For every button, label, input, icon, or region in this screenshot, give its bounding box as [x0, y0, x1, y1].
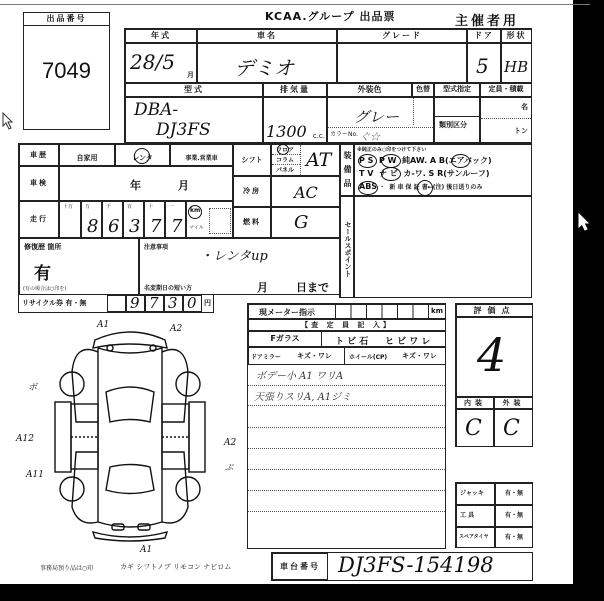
year-value: 28/5 — [130, 50, 175, 74]
grade-cell — [337, 43, 467, 83]
exterior-label: 外装 — [494, 397, 533, 409]
color-no-label: カラーNo. — [330, 129, 358, 138]
mileage-digit-100k: 十万 — [59, 201, 81, 238]
history-option-private: 自家用 — [59, 144, 115, 166]
spare-tire-label: スペアタイヤ — [456, 527, 495, 548]
fuel-label: 燃料 — [233, 207, 271, 238]
notes-label: 注意事項 — [144, 242, 168, 251]
mileage-digit-1k: 千6 — [102, 201, 123, 238]
navi-circle-mark — [381, 167, 401, 181]
model-label: 型式 — [125, 83, 263, 97]
score-box: 評価点 4 内装 外装 C C — [455, 303, 533, 447]
wheel-opts: キズ・ワレ — [402, 351, 437, 361]
fuel-cell: G — [271, 207, 340, 238]
pw-circle-mark — [381, 154, 401, 168]
ac-value: AC — [294, 183, 318, 202]
deadline-day-unit: 日まで — [296, 279, 329, 295]
mileage-label: 走行 — [19, 201, 59, 238]
history-option-rental: レンタ — [115, 144, 170, 166]
doors-cell: 5 — [467, 43, 501, 83]
mouse-cursor-icon — [2, 112, 14, 130]
name-value: デミオ — [234, 52, 294, 81]
color-label: 外装色 — [327, 83, 412, 97]
inspector-box: 現メーター指示 km 【査 定 員 記 入】 Fガラス ト ビ 石 ヒ ビ ワ … — [247, 303, 446, 549]
displacement-label: 排気量 — [263, 83, 327, 97]
equipment-cell: ※純正のみ○印をつけて下さい P S P W 純AW. A B(エアバック) T… — [354, 144, 532, 196]
wheel-label: ホイール(CP) — [349, 352, 387, 361]
deadline-month-unit: 月 — [257, 279, 268, 295]
top-edge-line — [0, 4, 590, 5]
mark-left-mid: A12 — [16, 434, 34, 444]
type-designation-label: 型式指定 — [434, 83, 480, 97]
jack-value: 有・無 — [495, 483, 533, 505]
capacity-cell: 名 トン — [480, 97, 532, 143]
repair-note: (有の場合は○印を) — [23, 285, 66, 292]
tools-label: 工 具 — [456, 505, 495, 527]
month-unit: 月 — [187, 70, 194, 80]
car-damage-diagram — [50, 322, 210, 542]
selected-circle-mark — [134, 148, 150, 164]
abs-circle-mark — [358, 181, 378, 195]
mark-right-low: ぷ — [225, 462, 233, 473]
ac-cell: AC — [271, 176, 340, 207]
windshield-crack: ヒ ビ ワ レ — [385, 334, 430, 347]
interior-value: C — [465, 416, 482, 441]
repair-value: 有 — [34, 259, 51, 284]
displacement-unit: c.c. — [313, 132, 325, 140]
capacity-persons-unit: 名 — [521, 102, 528, 112]
color-no-value: ぐ☆ — [360, 128, 380, 143]
mark-rear: A1 — [140, 545, 152, 555]
doors-value: 5 — [476, 54, 489, 78]
lot-number-value: 7049 — [24, 58, 109, 84]
vehicle-info-table: 年式 車名 グレード ドア 形状 28/5 月 デミオ 5 HB 型式 排気量 … — [124, 28, 532, 143]
mirror-opts: キズ・ワレ — [297, 351, 332, 361]
mark-front-right: A2 — [170, 324, 182, 334]
shape-value: HB — [504, 58, 528, 76]
km-circle-mark — [188, 205, 202, 219]
score-label: 評価点 — [456, 304, 533, 317]
history-label: 車歴 — [19, 144, 59, 166]
inspector-line-2: 天張りスリA, A1ジミ — [254, 388, 351, 403]
repair-notes-table: 修復歴 箇所 有 (有の場合は○印を) 注意事項 ・レンタup 名変期日の短い方… — [18, 237, 340, 295]
jack-label: ジャッキ — [456, 483, 495, 505]
ab-circle-mark — [451, 154, 470, 168]
shift-ac-fuel-table: シフト フロア コラム パネル AT 冷房 AC 燃料 G — [232, 143, 340, 238]
interior-cell: C — [456, 409, 494, 447]
mileage-digit-1: 一7 — [165, 201, 186, 238]
mark-right-mid: A2 — [224, 438, 236, 448]
recycle-row: リサイクル券 有・無 9 7 3 0 円 — [18, 294, 214, 313]
deposit-label: 事務局預り品は○印 — [40, 563, 93, 572]
chassis-value: DJ3FS-154198 — [338, 553, 494, 577]
accessories-table: ジャッキ 有・無 工 具 有・無 スペアタイヤ 有・無 — [455, 482, 533, 548]
equipment-row-1: P S P W 純AW. A B(エアバック) — [359, 155, 492, 166]
color-cell: グレー カラーNo. ぐ☆ — [327, 97, 434, 143]
warranty-circle-mark — [417, 180, 433, 196]
meter-unit: km — [431, 307, 443, 315]
windshield-row: Fガラス ト ビ 石 ヒ ビ ワ レ — [248, 331, 446, 347]
doors-label: ドア — [467, 29, 501, 43]
inspection-month-unit: 月 — [178, 177, 189, 193]
deposit-items: カギ シフトノブ リモコン ナビロム — [120, 562, 231, 572]
windshield-chip: ト ビ 石 — [335, 334, 368, 347]
repair-label: 修復歴 箇所 — [24, 242, 61, 252]
notes-cell: 注意事項 ・レンタup 名変期日の短い方 月 日まで — [139, 238, 340, 295]
mark-left-low: A11 — [26, 470, 44, 480]
shift-cell: フロア コラム パネル AT — [271, 144, 340, 176]
organizer-label: 主催者用 — [455, 10, 519, 29]
mouse-cursor-icon — [578, 213, 590, 231]
category-label: 類別区分 — [439, 120, 467, 130]
lot-number-label: 出品番号 — [24, 13, 109, 26]
mark-front: A1 — [97, 320, 109, 330]
sales-point-label: セールスポイント — [340, 196, 354, 298]
mileage-digit-10k: 万8 — [81, 201, 102, 238]
color-value: グレー — [354, 106, 399, 127]
interior-label: 内装 — [456, 397, 494, 409]
fuel-value: G — [294, 212, 308, 233]
sales-point-cell — [354, 196, 532, 298]
auction-sheet-page: KCAA.グループ 出品票 主催者用 出品番号 7049 年式 車名 グレード … — [0, 0, 573, 584]
exterior-value: C — [503, 416, 520, 441]
spare-tire-value: 有・無 — [495, 527, 533, 548]
year-label: 年式 — [125, 29, 197, 43]
windshield-label: Fガラス — [249, 332, 322, 346]
model-value-line2: DJ3FS — [156, 120, 211, 140]
equipment-sales-box: 装備品 ※純正のみ○印をつけて下さい P S P W 純AW. A B(エアバッ… — [339, 143, 532, 298]
displacement-cell: 1300 c.c. — [263, 97, 327, 143]
inspector-line-1: ボデー小 A1 ワリA — [256, 367, 343, 382]
mileage-digit-10: 十7 — [144, 201, 165, 238]
chassis-label: 車台番号 — [272, 553, 328, 580]
model-value-line1: DBA- — [134, 100, 178, 120]
mirror-wheel-row: ドアミラー キズ・ワレ ホイール(CP) キズ・ワレ — [248, 347, 446, 365]
shape-cell: HB — [501, 43, 532, 83]
lot-number-box: 出品番号 7049 — [23, 12, 110, 130]
grade-label: グレード — [337, 29, 467, 43]
name-label: 車名 — [197, 29, 337, 43]
capacity-label: 定員・積載 — [480, 83, 532, 97]
inspector-notes-lines: ボデー小 A1 ワリA 天張りスリA, A1ジミ — [248, 365, 445, 548]
notes-value: ・レンタup — [200, 245, 268, 264]
ps-circle-mark — [358, 154, 377, 168]
recycle-label: リサイクル券 有・無 — [22, 298, 86, 308]
model-cell: DBA- DJ3FS — [125, 97, 263, 143]
group-title: KCAA.グループ 出品票 — [265, 8, 395, 24]
history-option-business: 事業.営業車 — [170, 144, 233, 166]
unit-mile: マイル — [189, 224, 204, 231]
equipment-label: 装備品 — [340, 144, 354, 196]
mirror-label: ドアミラー — [251, 352, 281, 361]
exterior-cell: C — [494, 409, 533, 447]
recycle-unit: 円 — [204, 298, 211, 308]
history-mileage-table: 車歴 自家用 レンタ 事業.営業車 車検 年 月 走行 十万 万8 千6 百3 … — [18, 143, 233, 238]
score-value: 4 — [477, 328, 506, 382]
mileage-digit-100: 百3 — [123, 201, 144, 238]
shift-label: シフト — [233, 144, 271, 176]
inspector-title: 【査 定 員 記 入】 — [248, 319, 446, 331]
chassis-number-row: 車台番号 DJ3FS-154198 — [271, 552, 533, 581]
equipment-row-2: T V ナ ビ カ-ワ. S R(サンルーフ) — [359, 168, 490, 179]
color-change-label: 色替 — [412, 83, 434, 97]
score-cell: 4 — [456, 317, 533, 397]
inspection-label: 車検 — [19, 166, 59, 201]
type-designation-cell: 類別区分 — [434, 97, 480, 143]
ac-label: 冷房 — [233, 176, 271, 207]
deadline-label: 名変期日の短い方 — [144, 283, 192, 292]
displacement-value: 1300 — [266, 122, 307, 141]
shift-value: AT — [306, 149, 331, 171]
mark-left-top: ボ — [28, 380, 37, 393]
shape-label: 形状 — [501, 29, 532, 43]
inspection-cell: 年 月 — [59, 166, 233, 201]
meter-label: 現メーター指示 — [259, 307, 315, 318]
repair-cell: 修復歴 箇所 有 (有の場合は○印を) — [19, 238, 139, 295]
year-cell: 28/5 月 — [125, 43, 197, 83]
meter-row: 現メーター指示 km — [248, 304, 446, 319]
inspection-year-unit: 年 — [130, 177, 141, 193]
name-cell: デミオ — [197, 43, 337, 83]
tools-value: 有・無 — [495, 505, 533, 527]
equipment-note: ※純正のみ○印をつけて下さい — [357, 146, 426, 153]
capacity-tons-unit: トン — [514, 126, 528, 136]
mileage-unit-cell: km マイル — [186, 201, 233, 238]
